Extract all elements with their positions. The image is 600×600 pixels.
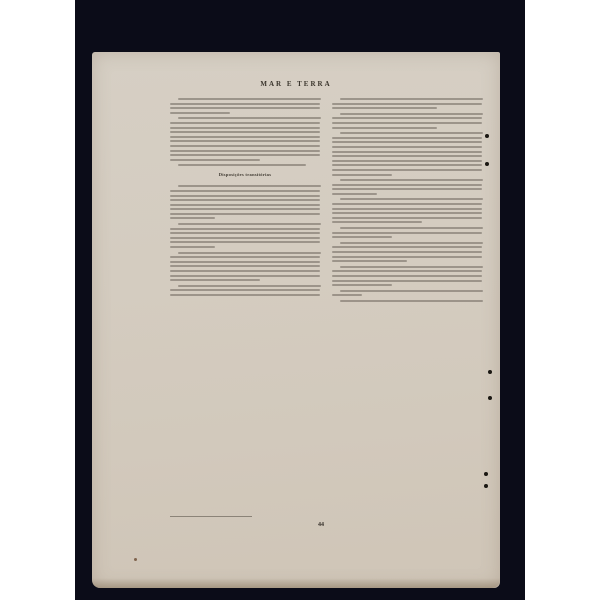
text-line — [170, 145, 320, 147]
text-line — [170, 228, 320, 230]
text-line — [332, 260, 407, 262]
text-line — [332, 284, 392, 286]
text-line — [332, 174, 392, 176]
page-number: 44 — [318, 522, 324, 528]
text-line — [178, 252, 321, 254]
text-line — [332, 280, 482, 282]
running-head: MAR E TERRA — [92, 80, 500, 88]
text-line — [170, 122, 320, 124]
text-line — [332, 146, 482, 148]
text-line — [170, 103, 320, 105]
text-line — [332, 270, 482, 272]
text-line — [178, 223, 321, 225]
binding-hole — [484, 484, 488, 488]
text-line — [170, 213, 320, 215]
left-column: Disposições transitórias — [170, 98, 320, 300]
text-line — [340, 266, 483, 268]
text-line — [332, 141, 482, 143]
text-line — [170, 127, 320, 129]
footnote: (illegible) — [170, 519, 188, 524]
text-line — [340, 242, 483, 244]
text-line — [170, 136, 320, 138]
text-line — [170, 265, 320, 267]
text-line — [178, 185, 321, 187]
text-line — [340, 198, 483, 200]
text-line — [332, 122, 482, 124]
text-line — [170, 289, 320, 291]
text-line — [178, 285, 321, 287]
text-line — [332, 103, 482, 105]
text-line — [332, 221, 422, 223]
text-line — [332, 251, 482, 253]
text-line — [340, 98, 483, 100]
text-line — [170, 256, 320, 258]
text-line — [170, 294, 320, 296]
text-line — [332, 188, 482, 190]
text-line — [170, 107, 320, 109]
text-line — [170, 154, 320, 156]
text-line — [170, 217, 215, 219]
text-line — [170, 270, 320, 272]
text-line — [332, 212, 482, 214]
text-line — [332, 137, 482, 139]
text-line — [332, 294, 362, 296]
text-line — [340, 227, 483, 229]
text-line — [340, 300, 483, 302]
text-line — [170, 159, 260, 161]
text-line — [170, 237, 320, 239]
text-line — [332, 151, 482, 153]
text-line — [340, 290, 483, 292]
footnote-rule — [170, 516, 252, 517]
text-line — [332, 256, 482, 258]
binding-hole — [488, 370, 492, 374]
text-line — [170, 131, 320, 133]
text-line — [332, 246, 482, 248]
text-line — [340, 179, 483, 181]
text-line — [332, 203, 482, 205]
text-line — [170, 199, 320, 201]
section-heading: Disposições transitórias — [170, 172, 320, 177]
text-line — [170, 279, 260, 281]
text-line — [170, 275, 320, 277]
text-line — [170, 246, 215, 248]
binding-hole — [488, 396, 492, 400]
text-line — [170, 208, 320, 210]
text-line — [170, 195, 320, 197]
text-line — [340, 113, 483, 115]
text-line — [178, 98, 321, 100]
text-line — [332, 236, 392, 238]
text-line — [170, 261, 320, 263]
right-column — [332, 98, 482, 306]
ink-spot — [134, 558, 137, 561]
binding-hole — [485, 134, 489, 138]
text-line — [170, 112, 230, 114]
text-line — [170, 150, 320, 152]
text-line — [332, 232, 482, 234]
text-line — [170, 232, 320, 234]
text-line — [332, 169, 482, 171]
text-line — [332, 155, 482, 157]
binding-hole — [485, 162, 489, 166]
text-line — [332, 127, 437, 129]
text-line — [178, 117, 321, 119]
text-line — [332, 184, 482, 186]
document-page: MAR E TERRA Disposições transitórias (il… — [92, 52, 500, 588]
text-line — [340, 132, 483, 134]
text-line — [170, 140, 320, 142]
text-line — [332, 117, 482, 119]
text-line — [332, 160, 482, 162]
text-line — [178, 164, 306, 166]
binding-hole — [484, 472, 488, 476]
text-line — [170, 241, 320, 243]
text-line — [332, 275, 482, 277]
text-line — [332, 107, 437, 109]
text-line — [332, 217, 482, 219]
text-line — [332, 208, 482, 210]
text-line — [332, 164, 482, 166]
text-line — [170, 190, 320, 192]
text-line — [332, 193, 377, 195]
text-line — [170, 204, 320, 206]
